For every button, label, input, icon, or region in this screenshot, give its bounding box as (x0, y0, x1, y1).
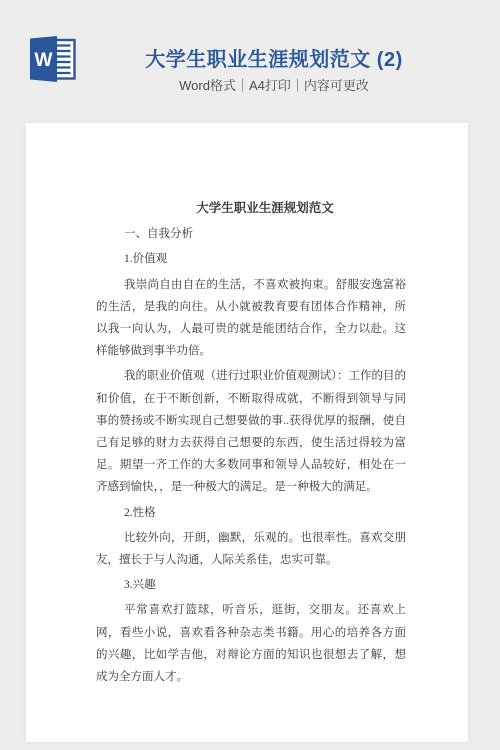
doc-paragraph: 我的职业价值观（进行过职业价值观测试）：工作的目的和价值，在于不断创新，不断取得… (96, 365, 406, 498)
document-page-preview: 大学生职业生涯规划范文 一、自我分析 1.价值观 我崇尚自由自在的生活，不喜欢被… (26, 123, 468, 742)
doc-subsection-heading: 1.价值观 (96, 248, 406, 270)
doc-inner-title: 大学生职业生涯规划范文 (96, 197, 406, 219)
doc-subsection-heading: 3.兴趣 (96, 574, 406, 596)
doc-paragraph: 平常喜欢打篮球，听音乐，逛街，交朋友。还喜欢上网，看些小说，喜欢看各种杂志类书籍… (96, 599, 406, 688)
doc-paragraph: 比较外向，开朗，幽默，乐观的。也很率性。喜欢交朋友，擅长于与人沟通，人际关系佳，… (96, 527, 406, 571)
doc-subsection-heading: 2.性格 (96, 502, 406, 524)
document-body: 大学生职业生涯规划范文 一、自我分析 1.价值观 我崇尚自由自在的生活，不喜欢被… (96, 197, 406, 688)
doc-paragraph: 我崇尚自由自在的生活，不喜欢被拘束。舒服安逸富裕的生活，是我的向往。从小就被教育… (96, 274, 406, 363)
document-title-heading: 大学生职业生涯规划范文 (2) (62, 43, 486, 72)
document-format-subtitle: Word格式｜A4打印｜内容可更改 (62, 75, 486, 94)
doc-section-heading: 一、自我分析 (96, 223, 406, 245)
preview-header: W 大学生职业生涯规划范文 (2) Word格式｜A4打印｜内容可更改 (0, 0, 500, 123)
word-icon-letter: W (35, 50, 53, 71)
